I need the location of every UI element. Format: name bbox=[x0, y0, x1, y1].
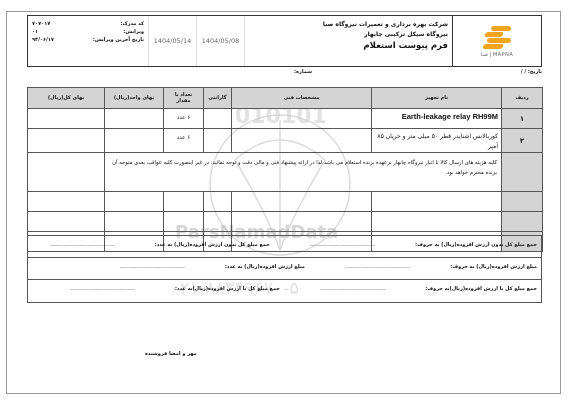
qty-cell: ۶ عدد bbox=[164, 129, 204, 153]
row-number-cell: ۲ bbox=[502, 129, 543, 153]
row-number-cell bbox=[502, 153, 543, 192]
equipment-name-cell: کوربالانس اشنایدر قطر ۵۰ میلی متر و جریا… bbox=[372, 129, 502, 153]
specs-cell[interactable] bbox=[232, 129, 372, 153]
logo-text: صبا | MAPNA bbox=[481, 52, 514, 58]
empty-cell bbox=[28, 212, 105, 232]
empty-cell bbox=[232, 192, 372, 212]
empty-row bbox=[28, 212, 543, 232]
warranty-cell[interactable] bbox=[204, 109, 232, 129]
date-stamp-2: 1404/05/08 bbox=[196, 16, 244, 66]
col-warranty: گارانتی bbox=[204, 88, 232, 109]
empty-row bbox=[28, 192, 543, 212]
header-spacer bbox=[244, 16, 295, 66]
total-price-cell[interactable] bbox=[28, 129, 105, 153]
empty-cell bbox=[204, 212, 232, 232]
vat-digits-field[interactable]: ........................................… bbox=[120, 264, 185, 270]
vat-digits-label: مبلغ ارزش افزوده(ریال) به عدد: bbox=[225, 264, 305, 270]
unit-price-cell[interactable] bbox=[105, 129, 164, 153]
date-field: تاریخ: / / bbox=[521, 69, 542, 75]
total-with-vat-digits-label: جمع مبلغ کل با ارزش افزوده(ریال)به عدد: bbox=[175, 286, 280, 292]
shipping-note: کلیه هزینه های ارسال کالا تا انبار نیروگ… bbox=[105, 153, 502, 192]
table-row: ۶ عدد کوربالانس اشنایدر قطر ۵۰ میلی متر … bbox=[28, 129, 543, 153]
seller-signature-label: مهر و امضا فروشنده bbox=[145, 351, 197, 357]
qty-cell: ۶ عدد bbox=[164, 109, 204, 129]
col-row: ردیف bbox=[502, 88, 543, 109]
last-revision-label: تاریخ آخرین ویرایش: bbox=[93, 36, 144, 44]
note-empty-cell bbox=[28, 153, 105, 192]
revision-value: ۰۱ bbox=[32, 28, 38, 36]
total-with-vat-row: جمع مبلغ کل با ارزش افزوده(ریال)به حروف:… bbox=[28, 280, 541, 302]
header-title-block: شرکت بهره برداری و تعمیرات نیروگاه صبا ن… bbox=[295, 16, 452, 66]
date-number-line: تاریخ: / / شماره: bbox=[27, 69, 542, 79]
number-field: شماره: bbox=[294, 69, 312, 75]
col-unit-price: بهای واحد(ریال) bbox=[105, 88, 164, 109]
totals-box: جمع مبلغ کل بدون ارزش افزوده(ریال) به حر… bbox=[27, 235, 542, 303]
table-row: ۶ عدد Earth-leakage relay RH99M ۱ bbox=[28, 109, 543, 129]
total-without-vat-row: جمع مبلغ کل بدون ارزش افزوده(ریال) به حر… bbox=[28, 236, 541, 258]
total-with-vat-words-label: جمع مبلغ کل با ارزش افزوده(ریال)به حروف: bbox=[425, 286, 537, 292]
items-table: بهای کل(ریال) بهای واحد(ریال) تعداد یا م… bbox=[27, 87, 543, 252]
row-number-cell bbox=[502, 192, 543, 212]
code-label: کد مدرک: bbox=[120, 20, 144, 28]
empty-cell bbox=[232, 212, 372, 232]
row-number-cell: ۱ bbox=[502, 109, 543, 129]
document-meta: کد مدرک: ۷۰۷۰۱۷ ویرایش: ۰۱ تاریخ آخرین و… bbox=[28, 16, 148, 66]
specs-cell[interactable] bbox=[232, 109, 372, 129]
col-qty: تعداد یا مقدار bbox=[164, 88, 204, 109]
empty-cell bbox=[372, 192, 502, 212]
company-logo: صبا | MAPNA bbox=[452, 16, 541, 66]
equipment-name-cell: Earth-leakage relay RH99M bbox=[372, 109, 502, 129]
vat-words-field[interactable]: ........................................… bbox=[345, 264, 410, 270]
empty-cell bbox=[164, 212, 204, 232]
total-with-vat-digits-field[interactable]: ........................................… bbox=[70, 286, 135, 292]
vat-row: مبلغ ارزش افزوده(ریال) به حروف: ........… bbox=[28, 258, 541, 280]
note-row: کلیه هزینه های ارسال کالا تا انبار نیروگ… bbox=[28, 153, 543, 192]
empty-cell bbox=[28, 192, 105, 212]
last-revision-value: ۹۴/۰۶/۱۷ bbox=[32, 36, 54, 44]
total-without-vat-digits-field[interactable]: ........................................… bbox=[49, 242, 114, 248]
total-with-vat-words-field[interactable]: ........................................… bbox=[320, 286, 385, 292]
code-value: ۷۰۷۰۱۷ bbox=[32, 20, 50, 28]
row-number-cell bbox=[502, 212, 543, 232]
logo-icon bbox=[477, 24, 517, 50]
col-name: نام تجهیز bbox=[372, 88, 502, 109]
total-without-vat-words-field[interactable]: ........................................… bbox=[310, 242, 375, 248]
revision-label: ویرایش: bbox=[123, 28, 144, 36]
plant-name: نیروگاه سیکل ترکیبی چابهار bbox=[299, 30, 448, 40]
total-price-cell[interactable] bbox=[28, 109, 105, 129]
empty-cell bbox=[105, 212, 164, 232]
empty-cell bbox=[164, 192, 204, 212]
date-stamp-1: 1404/05/14 bbox=[148, 16, 196, 66]
unit-price-cell[interactable] bbox=[105, 109, 164, 129]
form-header: کد مدرک: ۷۰۷۰۱۷ ویرایش: ۰۱ تاریخ آخرین و… bbox=[27, 15, 542, 67]
company-name: شرکت بهره برداری و تعمیرات نیروگاه صبا bbox=[299, 20, 448, 30]
col-total-price: بهای کل(ریال) bbox=[28, 88, 105, 109]
empty-cell bbox=[105, 192, 164, 212]
total-without-vat-digits-label: جمع مبلغ کل بدون ارزش افزوده(ریال) به عد… bbox=[155, 242, 270, 248]
col-specs: مشخصات فنی bbox=[232, 88, 372, 109]
total-without-vat-words-label: جمع مبلغ کل بدون ارزش افزوده(ریال) به حر… bbox=[415, 242, 537, 248]
empty-cell bbox=[372, 212, 502, 232]
vat-words-label: مبلغ ارزش افزوده(ریال) به حروف: bbox=[450, 264, 537, 270]
form-title: فرم پیوست استعلام bbox=[299, 40, 448, 52]
table-header-row: بهای کل(ریال) بهای واحد(ریال) تعداد یا م… bbox=[28, 88, 543, 109]
warranty-cell[interactable] bbox=[204, 129, 232, 153]
empty-cell bbox=[204, 192, 232, 212]
